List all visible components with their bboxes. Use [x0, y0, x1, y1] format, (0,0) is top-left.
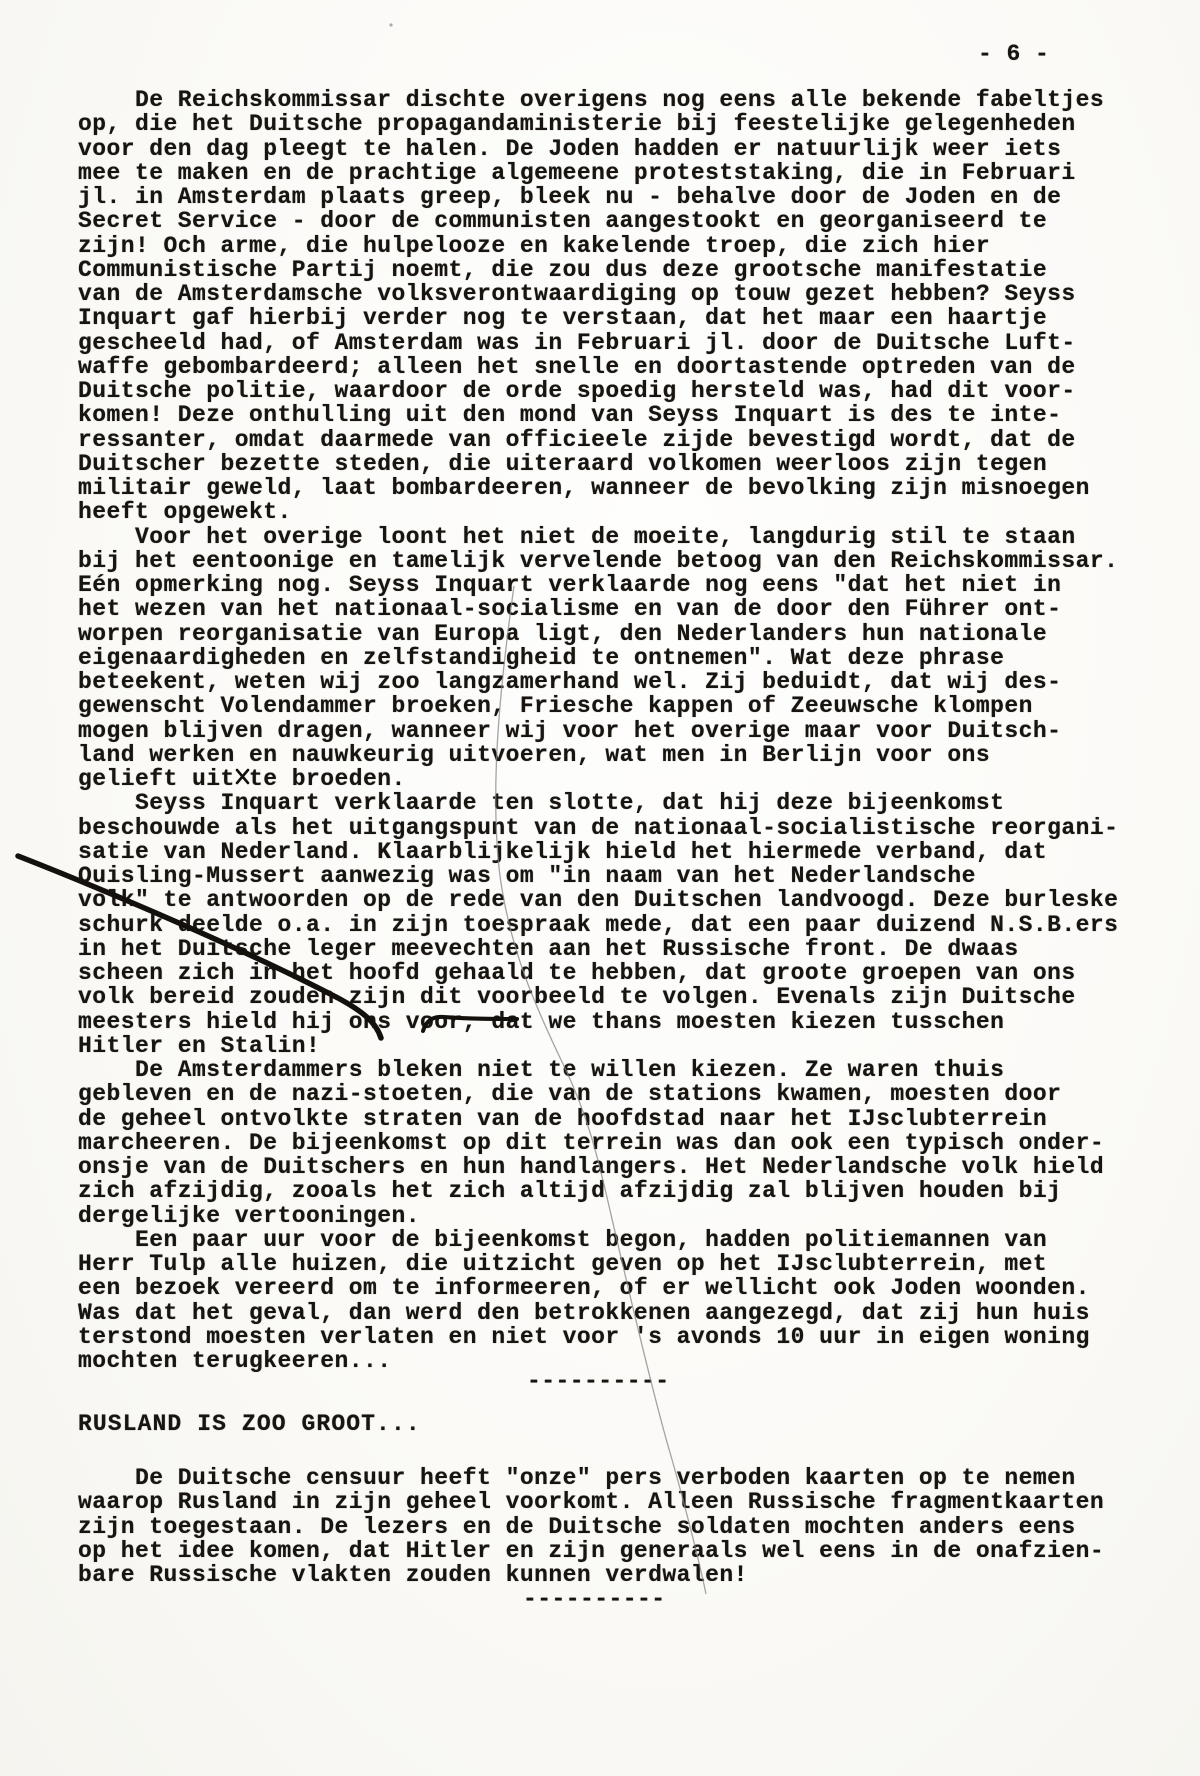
- text-line: voor den dag pleegt te halen. De Joden h…: [78, 137, 1118, 161]
- text-line: jl. in Amsterdam plaats greep, bleek nu …: [78, 185, 1118, 209]
- text-line: onsje van de Duitschers en hun handlange…: [78, 1155, 1118, 1179]
- text-line: Hitler en Stalin!: [78, 1034, 1118, 1058]
- text-line: land werken en nauwkeurig uitvoeren, wat…: [78, 743, 1118, 767]
- text-line: dergelijke vertooningen.: [78, 1204, 1118, 1228]
- text-line: mogen blijven dragen, wanneer wij voor h…: [78, 719, 1118, 743]
- text-line: De Duitsche censuur heeft "onze" pers ve…: [78, 1466, 1104, 1490]
- rusland-article-body: De Duitsche censuur heeft "onze" pers ve…: [78, 1466, 1104, 1587]
- text-line: scheen zich in het hoofd gehaald te hebb…: [78, 961, 1118, 985]
- text-line: militair geweld, laat bombardeeren, wann…: [78, 476, 1118, 500]
- text-line: waarop Rusland in zijn geheel voorkomt. …: [78, 1490, 1104, 1514]
- text-line: Was dat het geval, dan werd den betrokke…: [78, 1301, 1118, 1325]
- text-line: Eén opmerking nog. Seyss Inquart verklaa…: [78, 573, 1118, 597]
- text-line: mee te maken en de prachtige algemeene p…: [78, 161, 1118, 185]
- text-line: beteekent, weten wij zoo langzamerhand w…: [78, 670, 1118, 694]
- text-line: waffe gebombardeerd; alleen het snelle e…: [78, 355, 1118, 379]
- text-line: satie van Nederland. Klaarblijkelijk hie…: [78, 840, 1118, 864]
- text-line: gelieft uit te broeden.: [78, 767, 1118, 791]
- text-line: Seyss Inquart verklaarde ten slotte, dat…: [78, 791, 1118, 815]
- text-line: Inquart gaf hierbij verder nog te versta…: [78, 306, 1118, 330]
- text-line: beschouwde als het uitgangspunt van de n…: [78, 816, 1118, 840]
- text-line: de geheel ontvolkte straten van de hoofd…: [78, 1107, 1118, 1131]
- text-line: gewenscht Volendammer broeken, Friesche …: [78, 694, 1118, 718]
- text-line: bij het eentoonige en tamelijk vervelend…: [78, 549, 1118, 573]
- text-line: worpen reorganisatie van Europa ligt, de…: [78, 622, 1118, 646]
- text-line: gebleven en de nazi-stoeten, die van de …: [78, 1082, 1118, 1106]
- text-line: Herr Tulp alle huizen, die uitzicht geve…: [78, 1252, 1118, 1276]
- text-line: komen! Deze onthulling uit den mond van …: [78, 403, 1118, 427]
- text-line: De Amsterdammers bleken niet te willen k…: [78, 1058, 1118, 1082]
- text-line: Secret Service - door de communisten aan…: [78, 209, 1118, 233]
- text-line: schurk deelde o.a. in zijn toespraak med…: [78, 913, 1118, 937]
- text-line: van de Amsterdamsche volksverontwaardigi…: [78, 282, 1118, 306]
- text-line: Een paar uur voor de bijeenkomst begon, …: [78, 1228, 1118, 1252]
- text-line: zijn toegestaan. De lezers en de Duitsch…: [78, 1515, 1104, 1539]
- main-article-body: De Reichskommissar dischte overigens nog…: [78, 88, 1118, 1373]
- text-line: marcheeren. De bijeenkomst op dit terrei…: [78, 1131, 1118, 1155]
- text-line: Voor het overige loont het niet de moeit…: [78, 525, 1118, 549]
- text-line: Duitscher bezette steden, die uiteraard …: [78, 452, 1118, 476]
- text-line: op, die het Duitsche propagandaministeri…: [78, 112, 1118, 136]
- document-page: - 6 - De Reichskommissar dischte overige…: [0, 0, 1200, 1776]
- article-heading: RUSLAND IS ZOO GROOT...: [78, 1412, 421, 1436]
- text-line: Duitsche politie, waardoor de orde spoed…: [78, 379, 1118, 403]
- text-line: volk" te antwoorden op de rede van den D…: [78, 888, 1118, 912]
- text-line: heeft opgewekt.: [78, 500, 1118, 524]
- section-separator-bottom: ----------: [523, 1587, 666, 1611]
- section-separator-top: ----------: [527, 1369, 670, 1393]
- text-line: meesters hield hij ons voor, dat we than…: [78, 1010, 1118, 1034]
- text-line: gescheeld had, of Amsterdam was in Febru…: [78, 331, 1118, 355]
- text-line: bare Russische vlakten zouden kunnen ver…: [78, 1563, 1104, 1587]
- text-line: zich afzijdig, zooals het zich altijd af…: [78, 1179, 1118, 1203]
- paper-speck: [389, 23, 392, 26]
- text-line: in het Duitsche leger meevechten aan het…: [78, 937, 1118, 961]
- text-line: eigenaardigheden en zelfstandigheid te o…: [78, 646, 1118, 670]
- text-line: zijn! Och arme, die hulpelooze en kakele…: [78, 234, 1118, 258]
- text-line: Quisling-Mussert aanwezig was om "in naa…: [78, 864, 1118, 888]
- text-line: ressanter, omdat daarmede van officieele…: [78, 428, 1118, 452]
- page-number: - 6 -: [978, 42, 1049, 66]
- text-line: een bezoek vereerd om te informeeren, of…: [78, 1276, 1118, 1300]
- text-line: De Reichskommissar dischte overigens nog…: [78, 88, 1118, 112]
- text-line: volk bereid zouden zijn dit voorbeeld te…: [78, 985, 1118, 1009]
- text-line: Communistische Partij noemt, die zou dus…: [78, 258, 1118, 282]
- text-line: op het idee komen, dat Hitler en zijn ge…: [78, 1539, 1104, 1563]
- text-line: het wezen van het nationaal-socialisme e…: [78, 597, 1118, 621]
- text-line: terstond moesten verlaten en niet voor '…: [78, 1325, 1118, 1349]
